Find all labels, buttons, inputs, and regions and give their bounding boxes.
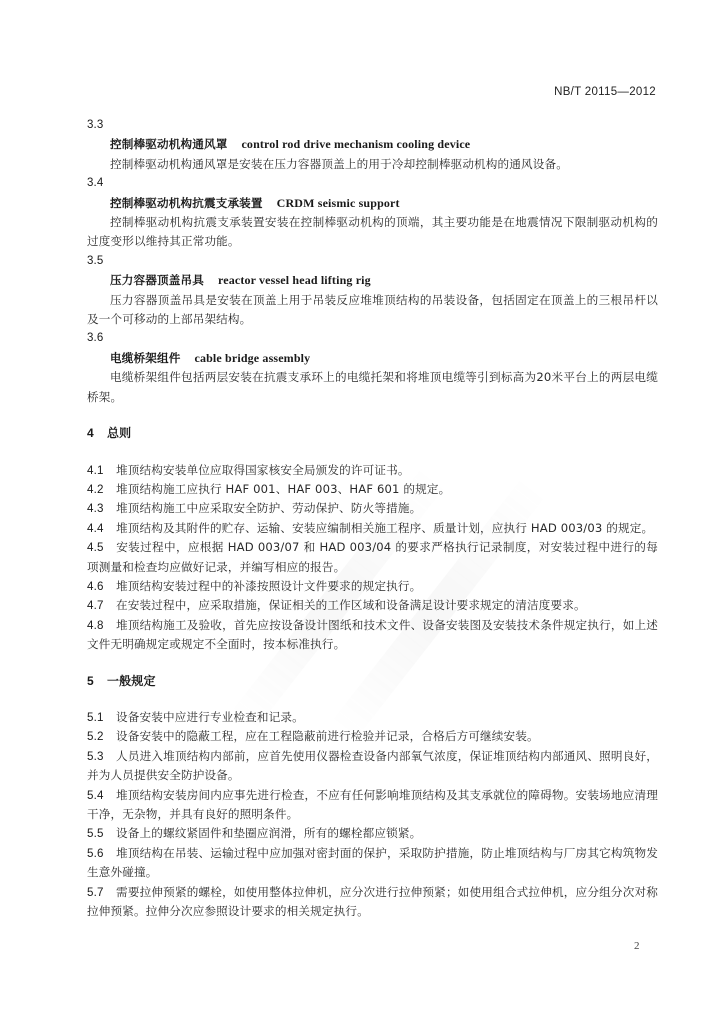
term-number: 3.6 xyxy=(87,329,658,348)
page-number: 2 xyxy=(634,940,640,952)
clause: 4.6堆顶结构安装过程中的补漆按照设计文件要求的规定执行。 xyxy=(87,577,658,596)
clause: 4.2堆顶结构施工应执行 HAF 001、HAF 003、HAF 601 的规定… xyxy=(87,480,658,499)
clause-number: 5.5 xyxy=(87,824,116,843)
term-definition: 压力容器顶盖吊具是安装在顶盖上用于吊装反应堆堆顶结构的吊装设备，包括固定在顶盖上… xyxy=(87,291,658,330)
clause-text: 人员进入堆顶结构内部前，应首先使用仪器检查设备内部氧气浓度，保证堆顶结构内部通风… xyxy=(87,749,658,782)
clause: 5.5设备上的螺纹紧固件和垫圈应润滑，所有的螺栓都应锁紧。 xyxy=(87,824,658,843)
term-entry: 3.5 压力容器顶盖吊具reactor vessel head lifting … xyxy=(87,252,658,330)
clause-text: 安装过程中，应根据 HAD 003/07 和 HAD 003/04 的要求严格执… xyxy=(87,540,658,573)
term-title-en: control rod drive mechanism cooling devi… xyxy=(241,137,470,151)
term-title: 控制棒驱动机构通风罩control rod drive mechanism co… xyxy=(87,135,658,154)
term-definition: 控制棒驱动机构抗震支承装置安装在控制棒驱动机构的顶端，其主要功能是在地震情况下限… xyxy=(87,213,658,252)
clause-text: 需要拉伸预紧的螺栓，如使用整体拉伸机，应分次进行拉伸预紧；如使用组合式拉伸机，应… xyxy=(87,885,658,918)
document-page: NB/T 20115—2012 3.3 控制棒驱动机构通风罩control ro… xyxy=(0,0,724,1024)
term-number: 3.3 xyxy=(87,116,658,135)
term-title-zh: 控制棒驱动机构通风罩 xyxy=(110,137,227,151)
clause-text: 设备上的螺纹紧固件和垫圈应润滑，所有的螺栓都应锁紧。 xyxy=(116,826,421,840)
term-title-zh: 控制棒驱动机构抗震支承装置 xyxy=(110,196,263,210)
section-title: 一般规定 xyxy=(107,674,156,688)
clause-number: 4.2 xyxy=(87,480,116,499)
term-entry: 3.3 控制棒驱动机构通风罩control rod drive mechanis… xyxy=(87,116,658,174)
clause: 5.3人员进入堆顶结构内部前，应首先使用仪器检查设备内部氧气浓度，保证堆顶结构内… xyxy=(87,747,658,786)
clause: 4.1堆顶结构安装单位应取得国家核安全局颁发的许可证书。 xyxy=(87,461,658,480)
section-number: 5 xyxy=(87,672,107,691)
clause-text: 堆顶结构在吊装、运输过程中应加强对密封面的保护，采取防护措施，防止堆顶结构与厂房… xyxy=(87,846,658,879)
term-definition: 电缆桥架组件包括两层安装在抗震支承环上的电缆托架和将堆顶电缆等引到标高为20米平… xyxy=(87,368,658,407)
clause: 4.8堆顶结构施工及验收，首先应按设备设计图纸和技术文件、设备安装图及安装技术条… xyxy=(87,616,658,655)
clause: 5.2设备安装中的隐蔽工程，应在工程隐蔽前进行检验并记录，合格后方可继续安装。 xyxy=(87,727,658,746)
clause-number: 4.8 xyxy=(87,616,116,635)
section-number: 4 xyxy=(87,424,107,443)
clause-number: 4.5 xyxy=(87,538,116,557)
clause-number: 5.2 xyxy=(87,727,116,746)
clause-text: 堆顶结构及其附件的贮存、运输、安装应编制相关施工程序、质量计划，应执行 HAD … xyxy=(116,521,653,535)
term-number: 3.5 xyxy=(87,252,658,271)
clause-number: 5.7 xyxy=(87,883,116,902)
clause-number: 5.6 xyxy=(87,844,116,863)
clause: 4.7在安装过程中，应采取措施，保证相关的工作区域和设备满足设计要求规定的清洁度… xyxy=(87,596,658,615)
document-body: 3.3 控制棒驱动机构通风罩control rod drive mechanis… xyxy=(87,116,658,921)
clause: 5.4堆顶结构安装房间内应事先进行检查，不应有任何影响堆顶结构及其支承就位的障碍… xyxy=(87,786,658,825)
standard-code: NB/T 20115—2012 xyxy=(554,86,656,98)
clause-number: 5.4 xyxy=(87,786,116,805)
clause: 5.7需要拉伸预紧的螺栓，如使用整体拉伸机，应分次进行拉伸预紧；如使用组合式拉伸… xyxy=(87,883,658,922)
clause: 4.3堆顶结构施工中应采取安全防护、劳动保护、防火等措施。 xyxy=(87,499,658,518)
term-title-zh: 压力容器顶盖吊具 xyxy=(110,273,204,287)
clause: 4.4堆顶结构及其附件的贮存、运输、安装应编制相关施工程序、质量计划，应执行 H… xyxy=(87,519,658,538)
clause-text: 堆顶结构施工应执行 HAF 001、HAF 003、HAF 601 的规定。 xyxy=(116,482,450,496)
section-heading-4: 4总则 xyxy=(87,424,658,443)
clause-text: 堆顶结构安装单位应取得国家核安全局颁发的许可证书。 xyxy=(116,463,410,477)
clause-text: 堆顶结构施工中应采取安全防护、劳动保护、防火等措施。 xyxy=(116,501,421,515)
clause-text: 堆顶结构安装过程中的补漆按照设计文件要求的规定执行。 xyxy=(116,579,421,593)
term-title: 压力容器顶盖吊具reactor vessel head lifting rig xyxy=(87,271,658,290)
clause: 5.1设备安装中应进行专业检查和记录。 xyxy=(87,708,658,727)
term-title-en: CRDM seismic support xyxy=(277,196,400,210)
term-entry: 3.6 电缆桥架组件cable bridge assembly 电缆桥架组件包括… xyxy=(87,329,658,407)
term-title-en: reactor vessel head lifting rig xyxy=(218,273,371,287)
section-heading-5: 5一般规定 xyxy=(87,672,658,691)
term-definition: 控制棒驱动机构通风罩是安装在压力容器顶盖上的用于冷却控制棒驱动机构的通风设备。 xyxy=(87,155,658,174)
clause: 5.6堆顶结构在吊装、运输过程中应加强对密封面的保护，采取防护措施，防止堆顶结构… xyxy=(87,844,658,883)
clause-number: 4.7 xyxy=(87,596,116,615)
clause-text: 堆顶结构安装房间内应事先进行检查，不应有任何影响堆顶结构及其支承就位的障碍物。安… xyxy=(87,788,658,821)
clause-number: 4.6 xyxy=(87,577,116,596)
clause-number: 4.4 xyxy=(87,519,116,538)
clause-number: 4.1 xyxy=(87,461,116,480)
section-title: 总则 xyxy=(107,426,131,440)
term-number: 3.4 xyxy=(87,174,658,193)
clause-text: 设备安装中的隐蔽工程，应在工程隐蔽前进行检验并记录，合格后方可继续安装。 xyxy=(116,729,539,743)
clause-text: 设备安装中应进行专业检查和记录。 xyxy=(116,710,304,724)
clause: 4.5安装过程中，应根据 HAD 003/07 和 HAD 003/04 的要求… xyxy=(87,538,658,577)
clause-text: 堆顶结构施工及验收，首先应按设备设计图纸和技术文件、设备安装图及安装技术条件规定… xyxy=(87,618,658,651)
term-title-zh: 电缆桥架组件 xyxy=(110,351,180,365)
clause-text: 在安装过程中，应采取措施，保证相关的工作区域和设备满足设计要求规定的清洁度要求。 xyxy=(116,598,586,612)
term-title-en: cable bridge assembly xyxy=(194,351,310,365)
term-entry: 3.4 控制棒驱动机构抗震支承装置CRDM seismic support 控制… xyxy=(87,174,658,252)
clause-number: 4.3 xyxy=(87,499,116,518)
clause-number: 5.3 xyxy=(87,747,116,766)
term-title: 电缆桥架组件cable bridge assembly xyxy=(87,349,658,368)
term-title: 控制棒驱动机构抗震支承装置CRDM seismic support xyxy=(87,194,658,213)
clause-number: 5.1 xyxy=(87,708,116,727)
